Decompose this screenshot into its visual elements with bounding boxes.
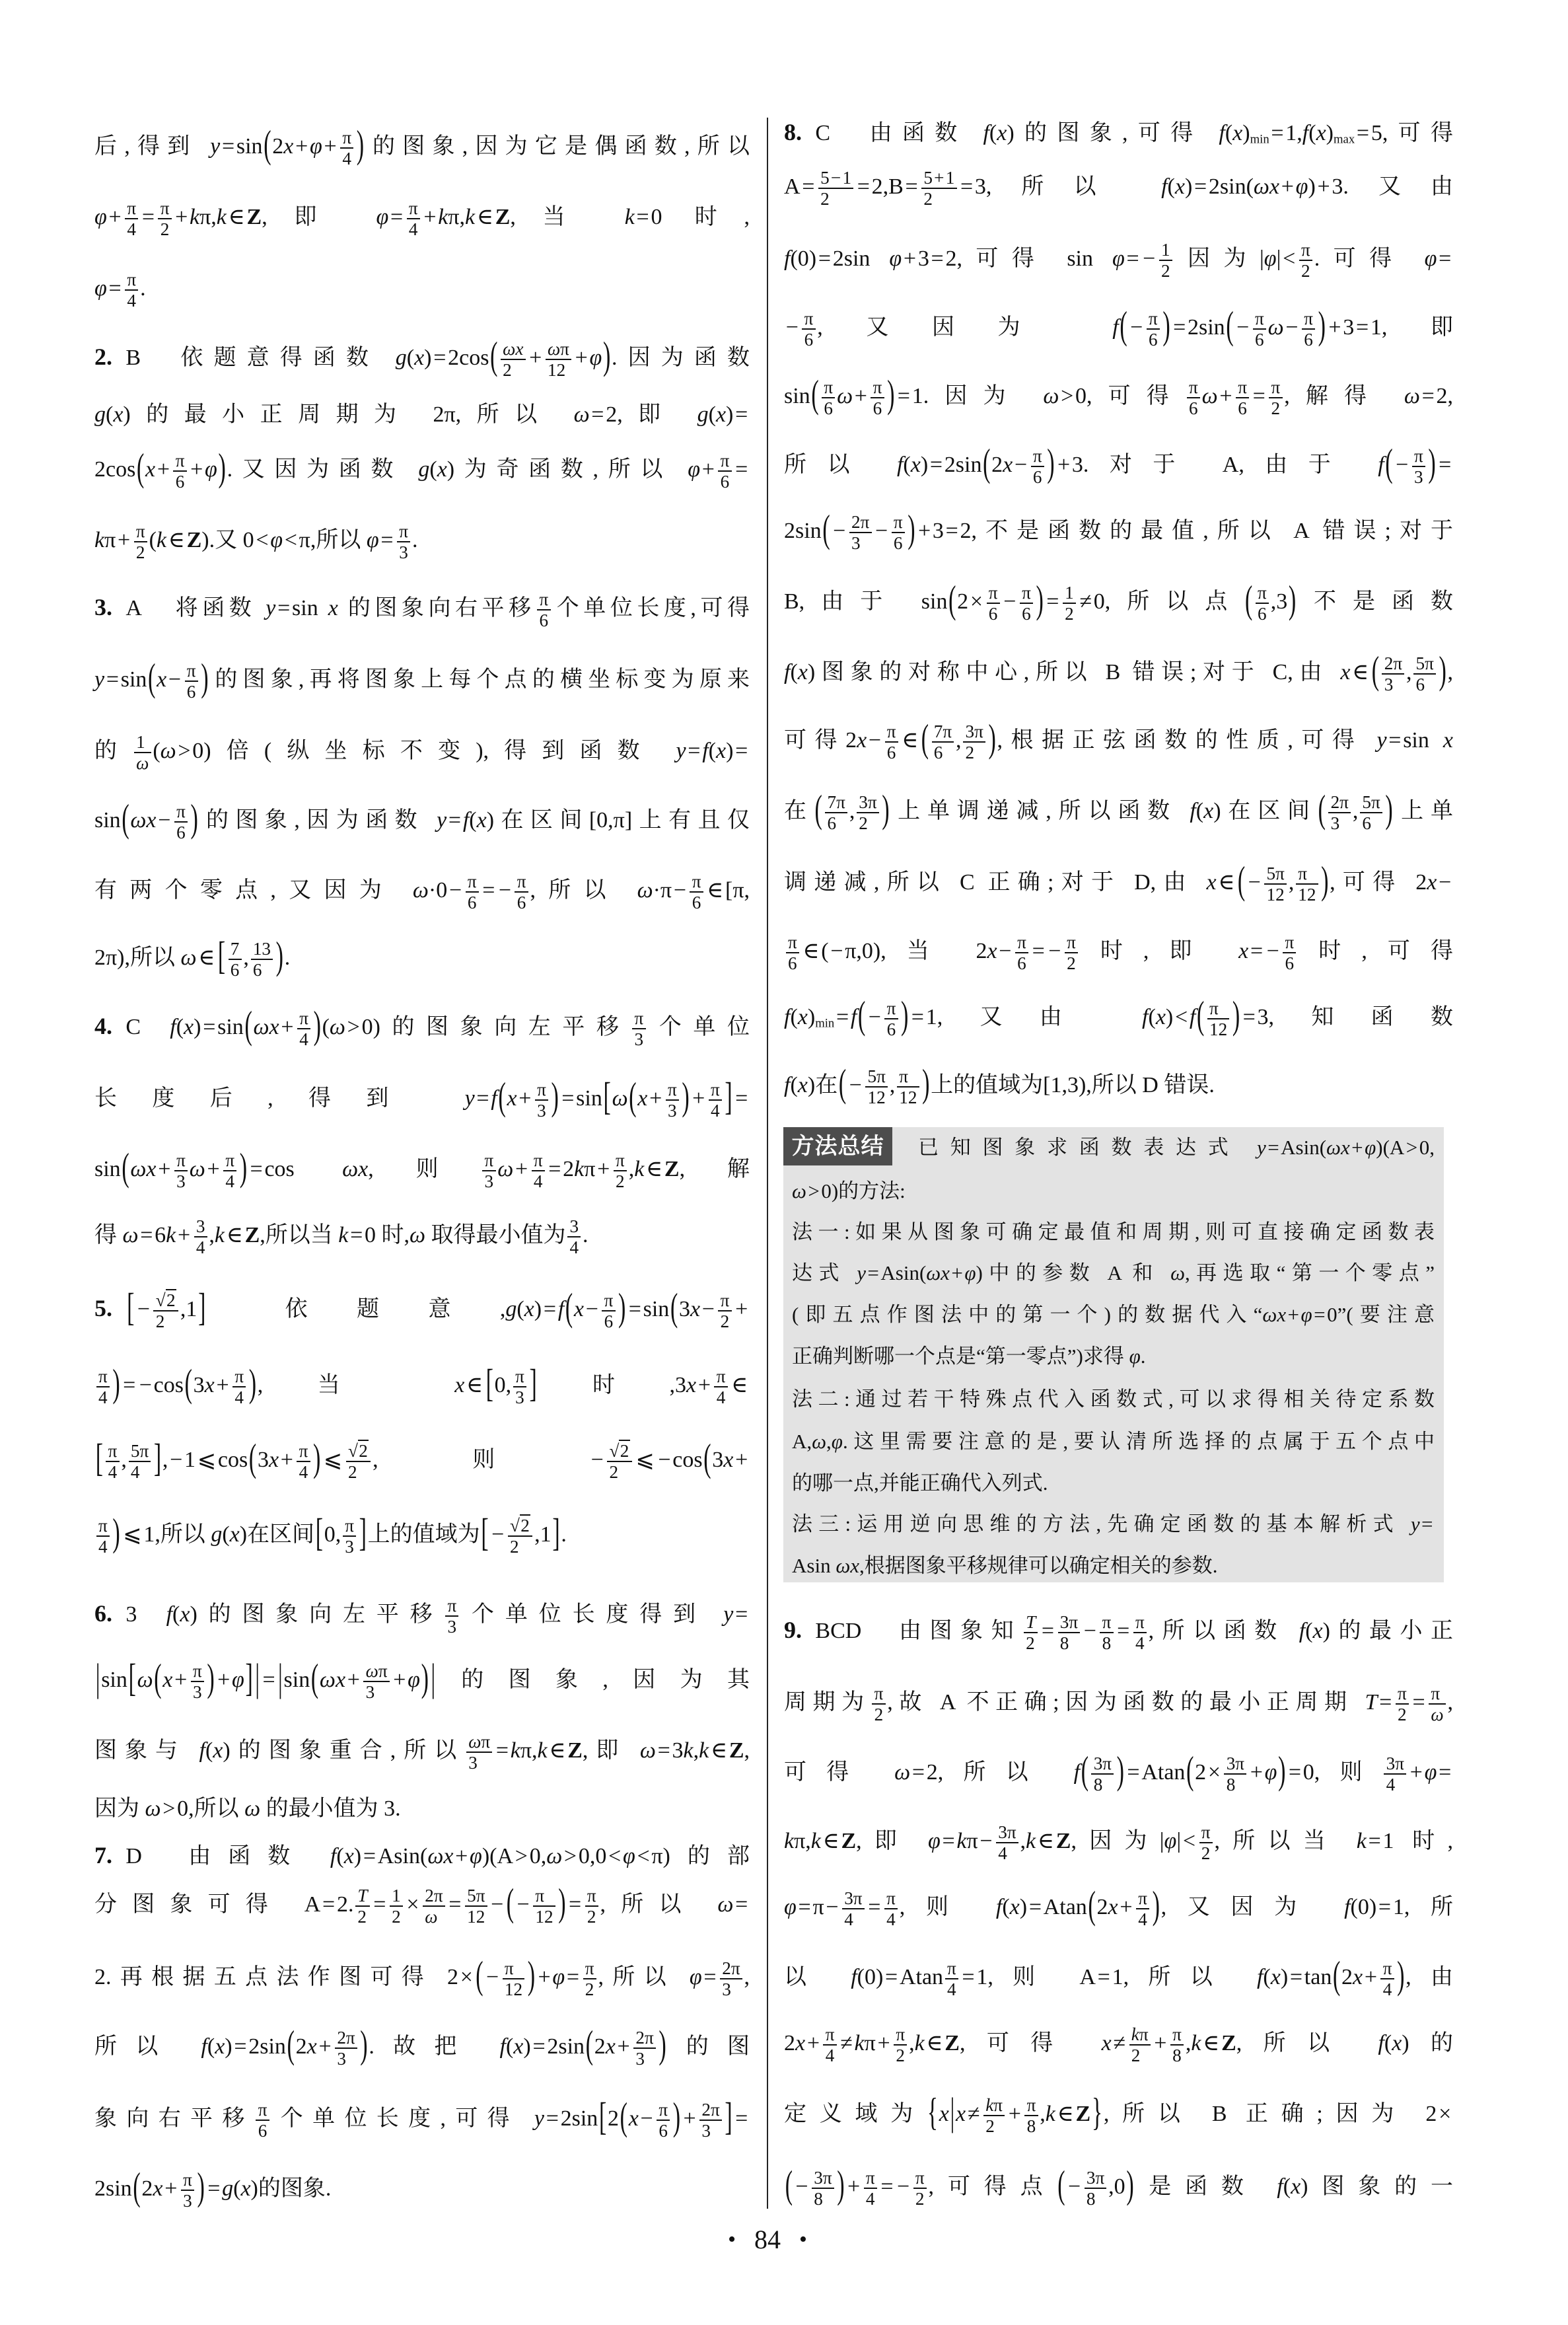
item-number: 2. xyxy=(94,344,112,370)
text-line: f(0)=2sin φ+3=2,可得 sin φ=−12因为|φ|<π2.可得 … xyxy=(784,226,1453,292)
text-line: f(x)在(−5π12,π12)上的值域为[1,3),所以 D 错误. xyxy=(784,1052,1453,1119)
text-line: 2x+π4≠kπ+π2,k∈Z,可得 x≠kπ2+π8,k∈Z,所以 f(x)的 xyxy=(784,2011,1453,2077)
text-line: 所以 f(x)=2sin(2x−π6)+3.对于 A,由于 f(−π3)= xyxy=(784,432,1453,498)
text-line: π4)=−cos(3x+π4),当 x∈[0,π3]时,3x+π4∈ xyxy=(94,1352,750,1419)
summary-line: 达式 y=Asin(ωx+φ)中的参数 A 和 ω,再选取“第一个零点” xyxy=(792,1253,1435,1293)
answer-choice: BCD xyxy=(815,1619,861,1643)
answer-value: [−√22,1] xyxy=(125,1297,207,1321)
text-line: 所以 f(x)=2sin(2x+2π3).故把 f(x)=2sin(2x+2π3… xyxy=(94,2014,750,2080)
text-line: π4)⩽1,所以 g(x)在区间[0,π3]上的值域为[−√22,1]. xyxy=(94,1502,750,1568)
text-line: −π6,又因为 f(−π6)=2sin(−π6ω−π6)+3=1,即 xyxy=(784,295,1453,361)
answer-choice: D xyxy=(125,1844,142,1868)
text-line: 得 ω=6k+34,k∈Z,所以当 k=0 时,ω 取得最小值为34. xyxy=(94,1202,750,1269)
text-line: 以 f(0)=Atanπ4=1,则 A=1,所以 f(x)=tan(2x+π4)… xyxy=(784,1944,1453,2011)
bullet-icon: • xyxy=(799,2223,807,2256)
text-line: 调递减,所以 C 正确;对于 D,由 x∈(−5π12,π12),可得 2x− xyxy=(784,850,1453,916)
item-first-line: 9.BCD由图象知T2=3π8−π8=π4,所以函数 f(x)的最小正 xyxy=(784,1597,1453,1663)
text-line: |sin[ω(x+π3)+φ]|=|sin(ωx+ωπ3+φ)|的图象,因为其 xyxy=(94,1647,750,1713)
text-line: kπ+π2(k∈Z).又 0<φ<π,所以 φ=π3. xyxy=(94,507,750,573)
item-number: 7. xyxy=(94,1842,112,1868)
item-first-line: 5.[−√22,1]依题意,g(x)=f(x−π6)=sin(3x−π2+ xyxy=(94,1275,750,1341)
text-line: 可得2x−π6∈(7π6,3π2),根据正弦函数的性质,可得 y=sin x xyxy=(784,708,1453,774)
item-first-line: 2.B依题意得函数 g(x)=2cos(ωx2+ωπ12+φ).因为函数 xyxy=(94,324,750,390)
text-line: B,由于 sin(2×π6−π6)=12≠0,所以点(π6,3)不是函数 xyxy=(784,569,1453,635)
item-number: 5. xyxy=(94,1295,112,1321)
text-line: φ+π4=π2+kπ,k∈Z,即 φ=π4+kπ,k∈Z,当 k=0 时, xyxy=(94,184,750,250)
method-summary-box: 方法总结 已知图象求函数表达式 y=Asin(ωx+φ)(A>0, ω>0)的方… xyxy=(783,1127,1444,1582)
text-line: 由图象知T2=3π8−π8=π4,所以函数 f(x)的最小正 xyxy=(891,1619,1454,1643)
item-first-line: 4.Cf(x)=sin(ωx+π4)(ω>0)的图象向左平移π3个单位 xyxy=(94,993,750,1059)
text-line: π6∈(−π,0),当 2x−π6=−π2时,即 x=−π6时,可得 xyxy=(784,918,1453,984)
text-line: 周期为π2,故 A 不正确;因为函数的最小正周期 T=π2=πω, xyxy=(784,1670,1453,1736)
column-divider xyxy=(767,118,768,2209)
text-line: 后,得到 y=sin(2x+φ+π4)的图象,因为它是偶函数,所以 xyxy=(94,114,750,180)
summary-line: 法一:如果从图象可确定最值和周期,则可直接确定函数表 xyxy=(792,1212,1435,1252)
summary-line: 法二:通过若干特殊点代入函数式,可以求得相关待定系数 xyxy=(792,1380,1435,1419)
page-number: • 84 • xyxy=(668,2223,867,2256)
item-number: 8. xyxy=(784,119,802,145)
text-line: 由函数 f(x)=Asin(ωx+φ)(A>0,ω>0,0<φ<π)的部 xyxy=(171,1844,750,1868)
text-line: 2cos(x+π6+φ).又因为函数 g(x)为奇函数,所以 φ+π6= xyxy=(94,437,750,503)
method-summary-label: 方法总结 xyxy=(783,1127,892,1165)
page-number-value: 84 xyxy=(754,2223,781,2256)
text-line: 由函数 f(x)的图象,可得 f(x)min=1,f(x)max=5,可得 xyxy=(859,121,1453,145)
text-line: y=sin(x−π6)的图象,再将图象上每个点的横坐标变为原来 xyxy=(94,647,750,713)
answer-choice: A xyxy=(125,596,142,620)
text-line: 可得 ω=2,所以 f(3π8)=Atan(2×3π8+φ)=0,则3π4+φ= xyxy=(784,1740,1453,1806)
text-line: f(x)min=f(−π6)=1,又由 f(x)<f(π12)=3,知函数 xyxy=(784,984,1453,1051)
answer-choice: B xyxy=(125,346,141,370)
summary-line: 的哪一点,并能正确代入列式. xyxy=(792,1463,1435,1503)
item-number: 9. xyxy=(784,1617,802,1643)
text-line: 的1ω(ω>0)倍(纵坐标不变),得到函数 y=f(x)= xyxy=(94,718,750,784)
text-line: sin(π6ω+π6)=1.因为 ω>0,可得π6ω+π6=π2,解得 ω=2, xyxy=(784,363,1453,429)
summary-line: (即五点作图法中的第一个)的数据代入“ωx+φ=0”(要注意 xyxy=(792,1295,1435,1335)
text-line: 有两个零点,又因为 ω·0−π6=−π6,所以 ω·π−π6∈[π, xyxy=(94,858,750,924)
summary-line: Asin ωx,根据图象平移规律可以确定相关的参数. xyxy=(792,1546,1435,1586)
text-line: [π4,5π4],−1⩽cos(3x+π4)⩽√22,则−√22⩽−cos(3x… xyxy=(94,1427,750,1493)
answer-choice: C xyxy=(815,121,830,145)
text-line: φ=π4. xyxy=(94,256,750,322)
text-line: φ=π−3π4=π4,则 f(x)=Atan(2x+π4),又因为 f(0)=1… xyxy=(784,1874,1453,1940)
text-line: f(x)图象的对称中心,所以 B 错误;对于 C,由 x∈(2π3,5π6), xyxy=(784,640,1453,706)
text-line: 长度后,得到 y=f(x+π3)=sin[ω(x+π3)+π4]= xyxy=(94,1066,750,1132)
summary-line: 已知图象求函数表达式 y=Asin(ωx+φ)(A>0, xyxy=(918,1128,1435,1167)
summary-line: 正确判断哪一个点是“第一零点”)求得 φ. xyxy=(792,1337,1435,1376)
text-line: (−3π8)+π4=−π2,可得点(−3π8,0)是函数 f(x)图象的一 xyxy=(784,2154,1453,2220)
text-line: 2π),所以 ω∈[76,136). xyxy=(94,925,750,991)
summary-line: 法三:运用逆向思维的方法,先确定函数的基本解析式 y= xyxy=(792,1504,1435,1544)
text-line: 依题意得函数 g(x)=2cos(ωx2+ωπ12+φ).因为函数 xyxy=(170,346,750,370)
item-first-line: 6.3f(x)的图象向左平移π3个单位长度得到 y= xyxy=(94,1580,750,1646)
text-line: A=5−12=2,B=5+12=3,所以 f(x)=2sin(ωx+φ)+3.又… xyxy=(784,154,1453,220)
text-line: sin(ωx−π6)的图象,因为函数 y=f(x)在区间[0,π]上有且仅 xyxy=(94,788,750,854)
text-line: f(x)=sin(ωx+π4)(ω>0)的图象向左平移π3个单位 xyxy=(170,1015,750,1039)
item-number: 6. xyxy=(94,1600,112,1627)
text-line: 象向右平移π6个单位长度,可得 y=2sin[2(x−π6)+2π3]= xyxy=(94,2086,750,2152)
text-line: 分图象可得 A=2.T2=12×2πω=5π12−(−π12)=π2,所以 ω= xyxy=(94,1872,750,1938)
text-line: 依题意,g(x)=f(x−π6)=sin(3x−π2+ xyxy=(236,1297,750,1321)
answer-choice: C xyxy=(125,1015,141,1039)
text-line: 2sin(2x+π3)=g(x)的图象. xyxy=(94,2156,750,2222)
text-line: kπ,k∈Z,即 φ=kπ−3π4,k∈Z,因为|φ|<π2,所以当 k=1 时… xyxy=(784,1808,1453,1874)
summary-line: A,ω,φ.这里需要注意的是,要认清所选择的点属于五个点中 xyxy=(792,1422,1435,1461)
text-line: 图象与 f(x)的图象重合,所以ωπ3=kπ,k∈Z,即 ω=3k,k∈Z, xyxy=(94,1718,750,1784)
text-line: 将函数 y=sin x 的图象向右平移π6个单位长度,可得 xyxy=(171,596,750,620)
text-line: 2sin(−2π3−π6)+3=2,不是函数的最值,所以 A 错误;对于 xyxy=(784,498,1453,564)
text-line: 2.再根据五点法作图可得 2×(−π12)+φ=π2,所以 φ=2π3, xyxy=(94,1944,750,2011)
answer-value: 3 xyxy=(125,1602,137,1627)
bullet-icon: • xyxy=(728,2223,736,2256)
text-line: 在(7π6,3π2)上单调递减,所以函数 f(x)在区间(2π3,5π6)上单 xyxy=(784,778,1453,844)
item-number: 4. xyxy=(94,1013,112,1039)
summary-line: ω>0)的方法: xyxy=(792,1171,1435,1211)
item-number: 3. xyxy=(94,594,112,620)
text-line: sin(ωx+π3ω+π4)=cos ωx,则π3ω+π4=2kπ+π2,k∈Z… xyxy=(94,1136,750,1202)
text-line: f(x)的图象向左平移π3个单位长度得到 y= xyxy=(166,1602,750,1627)
text-line: 定义域为{x|x≠kπ2+π8,k∈Z},所以 B 正确;因为 2× xyxy=(784,2081,1453,2147)
item-first-line: 3.A将函数 y=sin x 的图象向右平移π6个单位长度,可得 xyxy=(94,574,750,640)
